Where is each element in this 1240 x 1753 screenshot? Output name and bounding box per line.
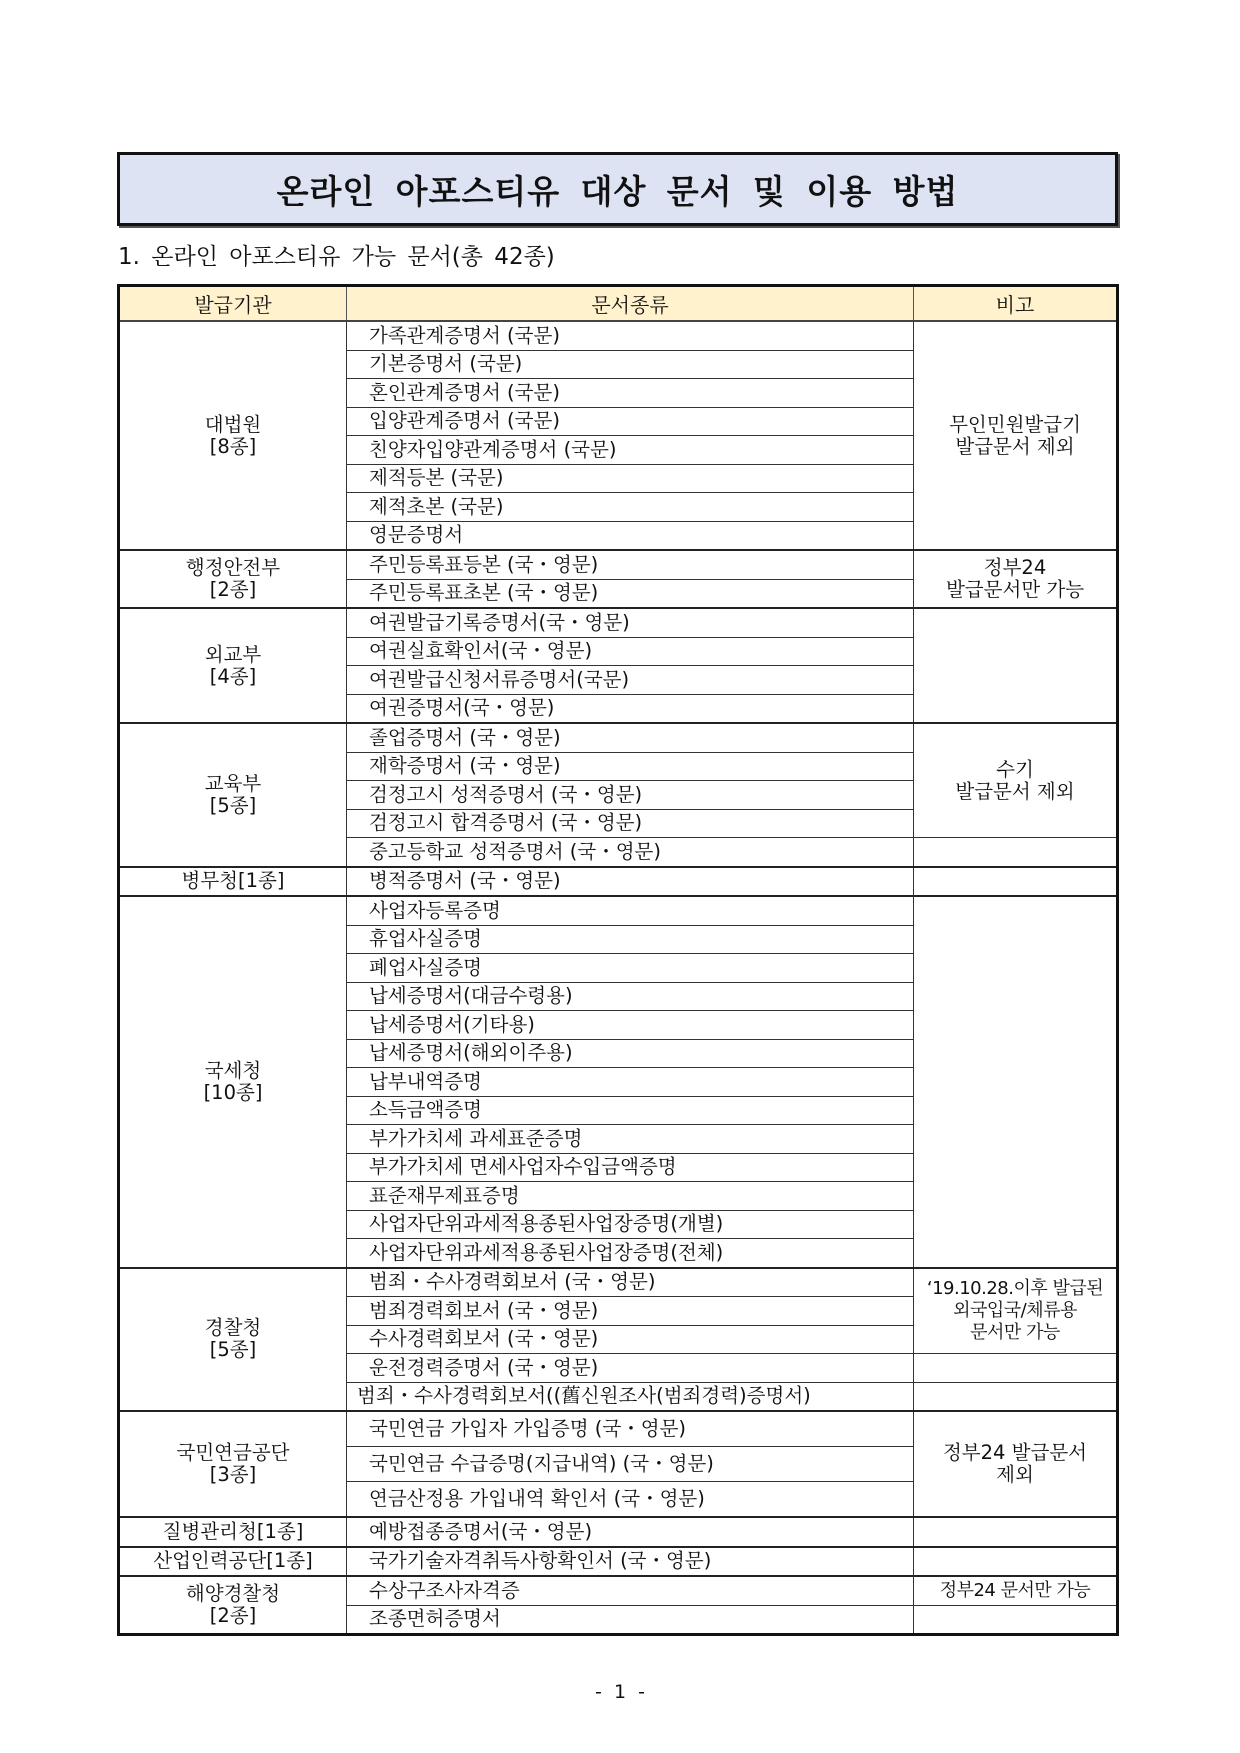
document-cell: 납세증명서(기타용) [347, 1011, 914, 1040]
agency-cell: 경찰청 [5종] [119, 1268, 347, 1412]
page-title: 온라인 아포스티유 대상 문서 및 이용 방법 [277, 166, 959, 213]
document-cell: 표준재무제표증명 [347, 1182, 914, 1211]
table-row: 국세청 [10종] 사업자등록증명 [119, 896, 1118, 925]
agency-name: 경찰청 [120, 1317, 346, 1339]
agency-name: 국세청 [120, 1060, 346, 1082]
note-cell [914, 608, 1118, 723]
note-line: 무인민원발급기 [914, 414, 1116, 436]
agency-cell: 질병관리청[1종] [119, 1517, 347, 1547]
note-cell [914, 896, 1118, 1268]
agency-name: 교육부 [120, 773, 346, 795]
agency-name: 외교부 [120, 644, 346, 666]
document-cell: 조종면허증명서 [347, 1605, 914, 1635]
document-cell: 사업자단위과세적용종된사업장증명(개별) [347, 1210, 914, 1239]
agency-name: 국민연금공단 [120, 1442, 346, 1464]
document-cell: 연금산정용 가입내역 확인서 (국・영문) [347, 1482, 914, 1518]
agency-name: 행정안전부 [120, 557, 346, 579]
table-row: 질병관리청[1종] 예방접종증명서(국・영문) [119, 1517, 1118, 1547]
note-cell: 수기 발급문서 제외 [914, 723, 1118, 838]
note-cell [914, 1382, 1118, 1411]
agency-cell: 국세청 [10종] [119, 896, 347, 1268]
note-line: 발급문서 제외 [914, 781, 1116, 803]
note-cell [914, 867, 1118, 897]
agency-cell: 외교부 [4종] [119, 608, 347, 723]
document-cell: 사업자등록증명 [347, 896, 914, 925]
agency-cell: 대법원 [8종] [119, 321, 347, 550]
document-cell: 범죄・수사경력회보서((舊신원조사(범죄경력)증명서) [347, 1382, 914, 1411]
note-cell [914, 1517, 1118, 1547]
document-cell: 범죄경력회보서 (국・영문) [347, 1297, 914, 1326]
document-cell: 국민연금 가입자 가입증명 (국・영문) [347, 1411, 914, 1447]
document-cell: 범죄・수사경력회보서 (국・영문) [347, 1268, 914, 1297]
note-line: 문서만 가능 [914, 1322, 1116, 1344]
document-cell: 부가가치세 과세표준증명 [347, 1125, 914, 1154]
document-cell: 제적등본 (국문) [347, 464, 914, 493]
table-row: 산업인력공단[1종] 국가기술자격취득사항확인서 (국・영문) [119, 1547, 1118, 1577]
document-cell: 납부내역증명 [347, 1068, 914, 1097]
agency-count: [3종] [120, 1464, 346, 1486]
agency-count: [10종] [120, 1082, 346, 1104]
document-cell: 졸업증명서 (국・영문) [347, 723, 914, 752]
agency-count: [5종] [120, 795, 346, 817]
document-cell: 국민연금 수급증명(지급내역) (국・영문) [347, 1447, 914, 1482]
document-cell: 재학증명서 (국・영문) [347, 752, 914, 781]
agency-cell: 병무청[1종] [119, 867, 347, 897]
page-number: - 1 - [0, 1681, 1240, 1703]
note-line: 발급문서 제외 [914, 436, 1116, 458]
document-cell: 여권발급기록증명서(국・영문) [347, 608, 914, 637]
section-heading: 1. 온라인 아포스티유 가능 문서(총 42종) [118, 238, 555, 271]
document-cell: 혼인관계증명서 (국문) [347, 379, 914, 408]
document-cell: 운전경력증명서 (국・영문) [347, 1354, 914, 1383]
document-cell: 수상구조사자격증 [347, 1576, 914, 1605]
agency-name: 대법원 [120, 414, 346, 436]
document-cell: 휴업사실증명 [347, 925, 914, 954]
table-row: 교육부 [5종] 졸업증명서 (국・영문) 수기 발급문서 제외 [119, 723, 1118, 752]
table-row: 대법원 [8종] 가족관계증명서 (국문) 무인민원발급기 발급문서 제외 [119, 321, 1118, 350]
note-cell [914, 838, 1118, 867]
agency-cell: 산업인력공단[1종] [119, 1547, 347, 1577]
document-cell: 영문증명서 [347, 521, 914, 550]
header-document-type: 문서종류 [347, 286, 914, 322]
note-line: 제외 [914, 1464, 1116, 1486]
document-cell: 기본증명서 (국문) [347, 350, 914, 379]
table-row: 국민연금공단 [3종] 국민연금 가입자 가입증명 (국・영문) 정부24 발급… [119, 1411, 1118, 1447]
note-line: 정부24 [914, 557, 1116, 579]
note-line: 수기 [914, 759, 1116, 781]
document-cell: 납세증명서(해외이주용) [347, 1039, 914, 1068]
document-cell: 검정고시 합격증명서 (국・영문) [347, 809, 914, 838]
table-row: 경찰청 [5종] 범죄・수사경력회보서 (국・영문) ‘19.10.28.이후 … [119, 1268, 1118, 1297]
document-cell: 수사경력회보서 (국・영문) [347, 1325, 914, 1354]
note-cell: 정부24 문서만 가능 [914, 1576, 1118, 1605]
document-cell: 친양자입양관계증명서 (국문) [347, 436, 914, 465]
note-line: 정부24 발급문서 [914, 1442, 1116, 1464]
document-cell: 예방접종증명서(국・영문) [347, 1517, 914, 1547]
agency-count: [2종] [120, 579, 346, 601]
document-cell: 중고등학교 성적증명서 (국・영문) [347, 838, 914, 867]
agency-cell: 행정안전부 [2종] [119, 550, 347, 608]
table-row: 병무청[1종] 병적증명서 (국・영문) [119, 867, 1118, 897]
note-cell: 정부24 발급문서만 가능 [914, 550, 1118, 608]
header-agency: 발급기관 [119, 286, 347, 322]
table-row: 행정안전부 [2종] 주민등록표등본 (국・영문) 정부24 발급문서만 가능 [119, 550, 1118, 579]
title-box: 온라인 아포스티유 대상 문서 및 이용 방법 [117, 152, 1118, 226]
note-line: ‘19.10.28.이후 발급된 [914, 1278, 1116, 1300]
note-cell [914, 1354, 1118, 1383]
agency-count: [4종] [120, 666, 346, 688]
document-cell: 여권증명서(국・영문) [347, 694, 914, 723]
note-cell: ‘19.10.28.이후 발급된 외국입국/체류용 문서만 가능 [914, 1268, 1118, 1354]
documents-table: 발급기관 문서종류 비고 대법원 [8종] 가족관계증명서 (국문) 무인민원발… [117, 284, 1119, 1636]
agency-count: [5종] [120, 1339, 346, 1361]
document-cell: 부가가치세 면세사업자수입금액증명 [347, 1153, 914, 1182]
document-cell: 국가기술자격취득사항확인서 (국・영문) [347, 1547, 914, 1577]
document-cell: 납세증명서(대금수령용) [347, 982, 914, 1011]
document-cell: 주민등록표등본 (국・영문) [347, 550, 914, 579]
document-cell: 소득금액증명 [347, 1096, 914, 1125]
note-cell: 정부24 발급문서 제외 [914, 1411, 1118, 1517]
table-row: 해양경찰청 [2종] 수상구조사자격증 정부24 문서만 가능 [119, 1576, 1118, 1605]
agency-name: 해양경찰청 [120, 1583, 346, 1605]
agency-cell: 국민연금공단 [3종] [119, 1411, 347, 1517]
table-row: 외교부 [4종] 여권발급기록증명서(국・영문) [119, 608, 1118, 637]
document-cell: 병적증명서 (국・영문) [347, 867, 914, 897]
document-cell: 제적초본 (국문) [347, 493, 914, 522]
note-cell: 무인민원발급기 발급문서 제외 [914, 321, 1118, 550]
document-cell: 입양관계증명서 (국문) [347, 407, 914, 436]
table-header-row: 발급기관 문서종류 비고 [119, 286, 1118, 322]
document-cell: 사업자단위과세적용종된사업장증명(전체) [347, 1239, 914, 1268]
document-cell: 여권발급신청서류증명서(국문) [347, 666, 914, 695]
note-cell [914, 1547, 1118, 1577]
document-cell: 가족관계증명서 (국문) [347, 321, 914, 350]
document-cell: 여권실효확인서(국・영문) [347, 637, 914, 666]
header-note: 비고 [914, 286, 1118, 322]
document-cell: 폐업사실증명 [347, 954, 914, 983]
note-cell [914, 1605, 1118, 1635]
note-line: 외국입국/체류용 [914, 1300, 1116, 1322]
document-cell: 주민등록표초본 (국・영문) [347, 579, 914, 608]
agency-cell: 해양경찰청 [2종] [119, 1576, 347, 1635]
document-cell: 검정고시 성적증명서 (국・영문) [347, 781, 914, 810]
agency-count: [2종] [120, 1605, 346, 1627]
note-line: 발급문서만 가능 [914, 579, 1116, 601]
agency-count: [8종] [120, 436, 346, 458]
agency-cell: 교육부 [5종] [119, 723, 347, 867]
